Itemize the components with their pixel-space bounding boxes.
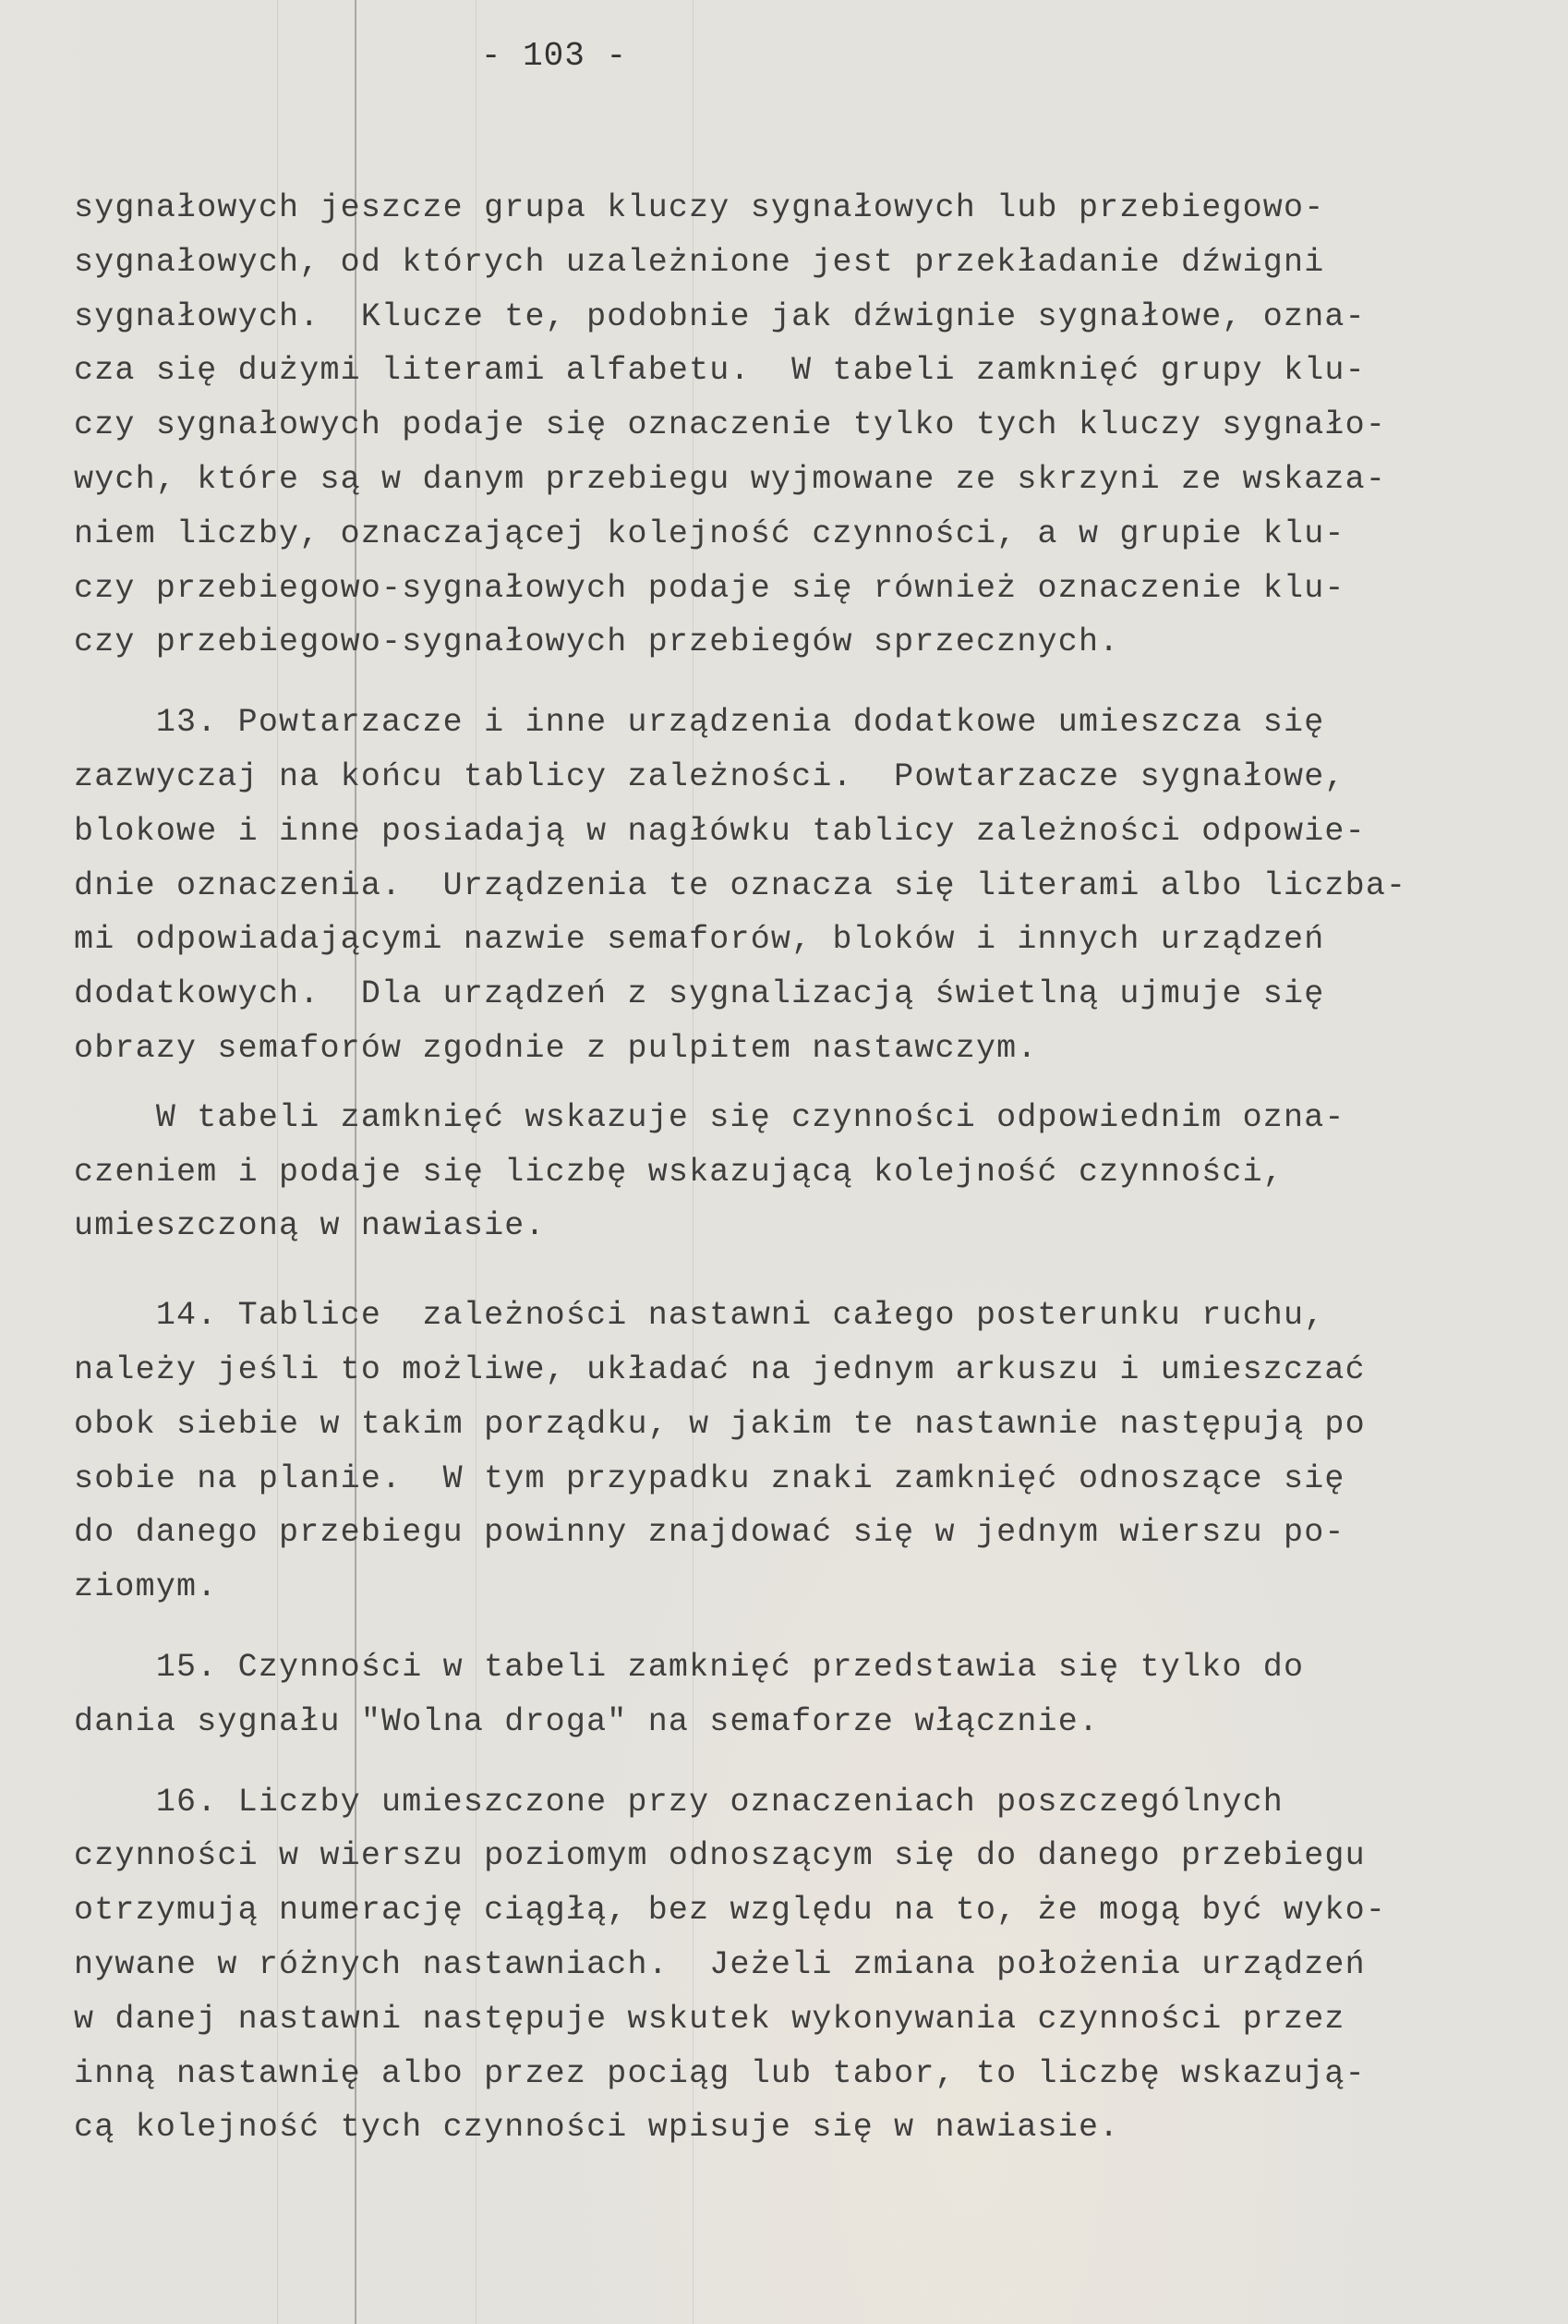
text-line: W tabeli zamknięć wskazuje się czynności…	[74, 1091, 1514, 1145]
text-line: cza się dużymi literami alfabetu. W tabe…	[74, 344, 1514, 398]
text-line: blokowe i inne posiadają w nagłówku tabl…	[74, 805, 1514, 859]
text-line: cą kolejność tych czynności wpisuje się …	[74, 2100, 1514, 2155]
document-body: sygnałowych jeszcze grupa kluczy sygnało…	[74, 181, 1514, 2155]
paragraph-section-13: 13. Powtarzacze i inne urządzenia dodatk…	[74, 696, 1514, 1076]
text-line: dodatkowych. Dla urządzeń z sygnalizacją…	[74, 967, 1514, 1022]
paragraph-section-16: 16. Liczby umieszczone przy oznaczeniach…	[74, 1775, 1514, 2156]
paragraph-continuation: sygnałowych jeszcze grupa kluczy sygnało…	[74, 181, 1514, 670]
text-line: czy przebiegowo-sygnałowych podaje się r…	[74, 562, 1514, 616]
text-line: sygnałowych jeszcze grupa kluczy sygnało…	[74, 181, 1514, 236]
text-line: czynności w wierszu poziomym odnoszącym …	[74, 1829, 1514, 1883]
text-line: wych, które są w danym przebiegu wyjmowa…	[74, 453, 1514, 507]
text-line: czy sygnałowych podaje się oznaczenie ty…	[74, 398, 1514, 453]
text-line: 13. Powtarzacze i inne urządzenia dodatk…	[74, 696, 1514, 750]
text-line: dania sygnału "Wolna droga" na semaforze…	[74, 1695, 1514, 1749]
text-line: nywane w różnych nastawniach. Jeżeli zmi…	[74, 1938, 1514, 1992]
text-line: zazwyczaj na końcu tablicy zależności. P…	[74, 750, 1514, 805]
paragraph-section-15: 15. Czynności w tabeli zamknięć przedsta…	[74, 1640, 1514, 1749]
text-line: niem liczby, oznaczającej kolejność czyn…	[74, 507, 1514, 562]
text-line: sygnałowych, od których uzależnione jest…	[74, 236, 1514, 290]
text-line: inną nastawnię albo przez pociąg lub tab…	[74, 2047, 1514, 2101]
text-line: otrzymują numerację ciągłą, bez względu …	[74, 1883, 1514, 1938]
text-line: 16. Liczby umieszczone przy oznaczeniach…	[74, 1775, 1514, 1830]
text-line: czeniem i podaje się liczbę wskazującą k…	[74, 1145, 1514, 1200]
page-number: - 103 -	[462, 37, 646, 75]
text-line: umieszczoną w nawiasie.	[74, 1199, 1514, 1253]
paragraph-section-13-continued: W tabeli zamknięć wskazuje się czynności…	[74, 1091, 1514, 1253]
text-line: obrazy semaforów zgodnie z pulpitem nast…	[74, 1022, 1514, 1076]
text-line: 14. Tablice zależności nastawni całego p…	[74, 1289, 1514, 1343]
text-line: sobie na planie. W tym przypadku znaki z…	[74, 1452, 1514, 1507]
text-line: czy przebiegowo-sygnałowych przebiegów s…	[74, 615, 1514, 670]
text-line: w danej nastawni następuje wskutek wykon…	[74, 1992, 1514, 2047]
text-line: 15. Czynności w tabeli zamknięć przedsta…	[74, 1640, 1514, 1695]
text-line: ziomym.	[74, 1560, 1514, 1615]
text-line: mi odpowiadającymi nazwie semaforów, blo…	[74, 913, 1514, 967]
text-line: do danego przebiegu powinny znajdować si…	[74, 1506, 1514, 1560]
text-line: dnie oznaczenia. Urządzenia te oznacza s…	[74, 859, 1514, 914]
paragraph-section-14: 14. Tablice zależności nastawni całego p…	[74, 1289, 1514, 1615]
text-line: sygnałowych. Klucze te, podobnie jak dźw…	[74, 290, 1514, 345]
text-line: należy jeśli to możliwe, układać na jedn…	[74, 1343, 1514, 1398]
text-line: obok siebie w takim porządku, w jakim te…	[74, 1398, 1514, 1452]
